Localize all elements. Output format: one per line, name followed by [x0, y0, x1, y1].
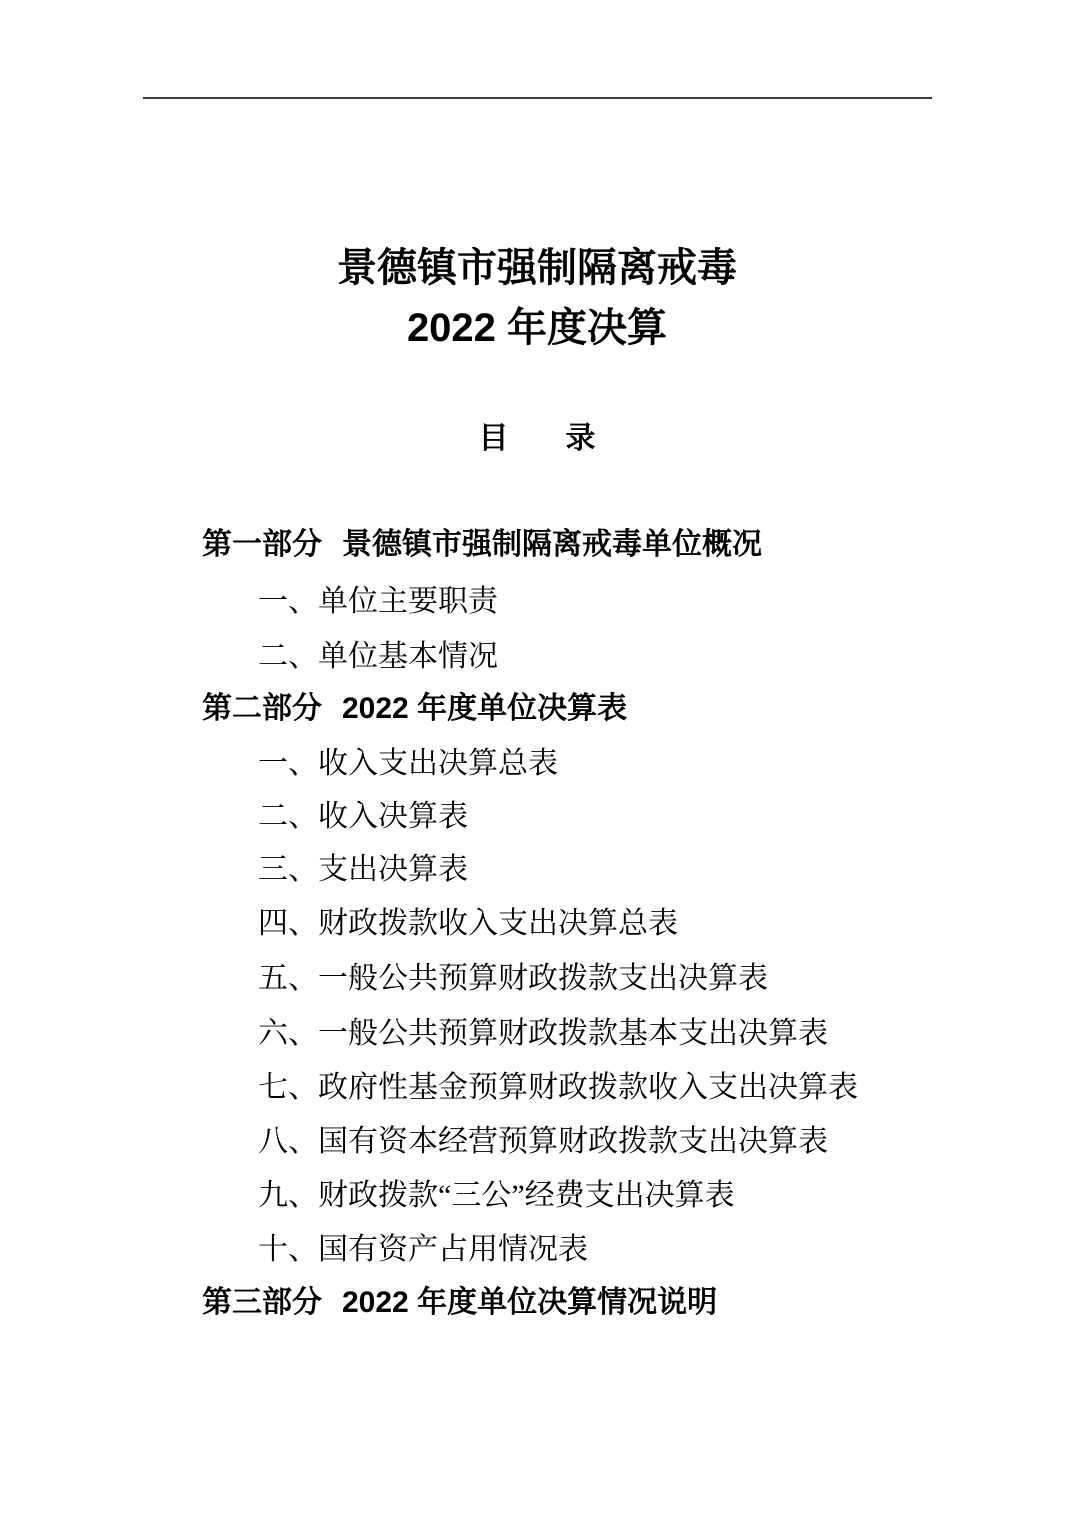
header-rule [143, 97, 932, 99]
toc-section-1-title: 景德镇市强制隔离戒毒单位概况 [342, 530, 762, 560]
toc-item: 一、单位主要职责 [258, 587, 498, 617]
toc-section-heading-3: 第三部分 2022 年度单位决算情况说明 [202, 1288, 717, 1318]
toc-section-1-label: 第一部分 [202, 530, 322, 560]
toc-item: 二、单位基本情况 [258, 642, 498, 672]
toc-item: 六、一般公共预算财政拨款基本支出决算表 [258, 1019, 828, 1049]
toc-section-heading-2: 第二部分 2022 年度单位决算表 [202, 694, 627, 724]
toc-item: 四、财政拨款收入支出决算总表 [258, 909, 678, 939]
toc-item: 九、财政拨款“三公”经费支出决算表 [258, 1181, 735, 1211]
toc-item: 二、收入决算表 [258, 802, 468, 832]
toc-section-heading-1: 第一部分 景德镇市强制隔离戒毒单位概况 [202, 530, 762, 560]
toc-item: 七、政府性基金预算财政拨款收入支出决算表 [258, 1073, 858, 1103]
toc-item: 五、一般公共预算财政拨款支出决算表 [258, 964, 768, 994]
toc-item: 一、收入支出决算总表 [258, 749, 558, 779]
toc-section-3-title: 2022 年度单位决算情况说明 [342, 1288, 717, 1318]
toc-heading-char-1: 目 [479, 424, 509, 454]
toc-item: 八、国有资本经营预算财政拨款支出决算表 [258, 1127, 828, 1157]
toc-item: 十、国有资产占用情况表 [258, 1235, 588, 1265]
document-page: 景德镇市强制隔离戒毒 2022 年度决算 目 录 第一部分 景德镇市强制隔离戒毒… [0, 0, 1074, 1520]
document-title-line-1: 景德镇市强制隔离戒毒 [0, 248, 1074, 288]
toc-section-2-label: 第二部分 [202, 694, 322, 724]
document-title-line-2: 2022 年度决算 [0, 308, 1074, 348]
toc-heading-char-2: 录 [566, 424, 596, 454]
toc-item: 三、支出决算表 [258, 855, 468, 885]
toc-section-2-title: 2022 年度单位决算表 [342, 694, 627, 724]
toc-section-3-label: 第三部分 [202, 1288, 322, 1318]
toc-heading: 目 录 [0, 424, 1074, 454]
